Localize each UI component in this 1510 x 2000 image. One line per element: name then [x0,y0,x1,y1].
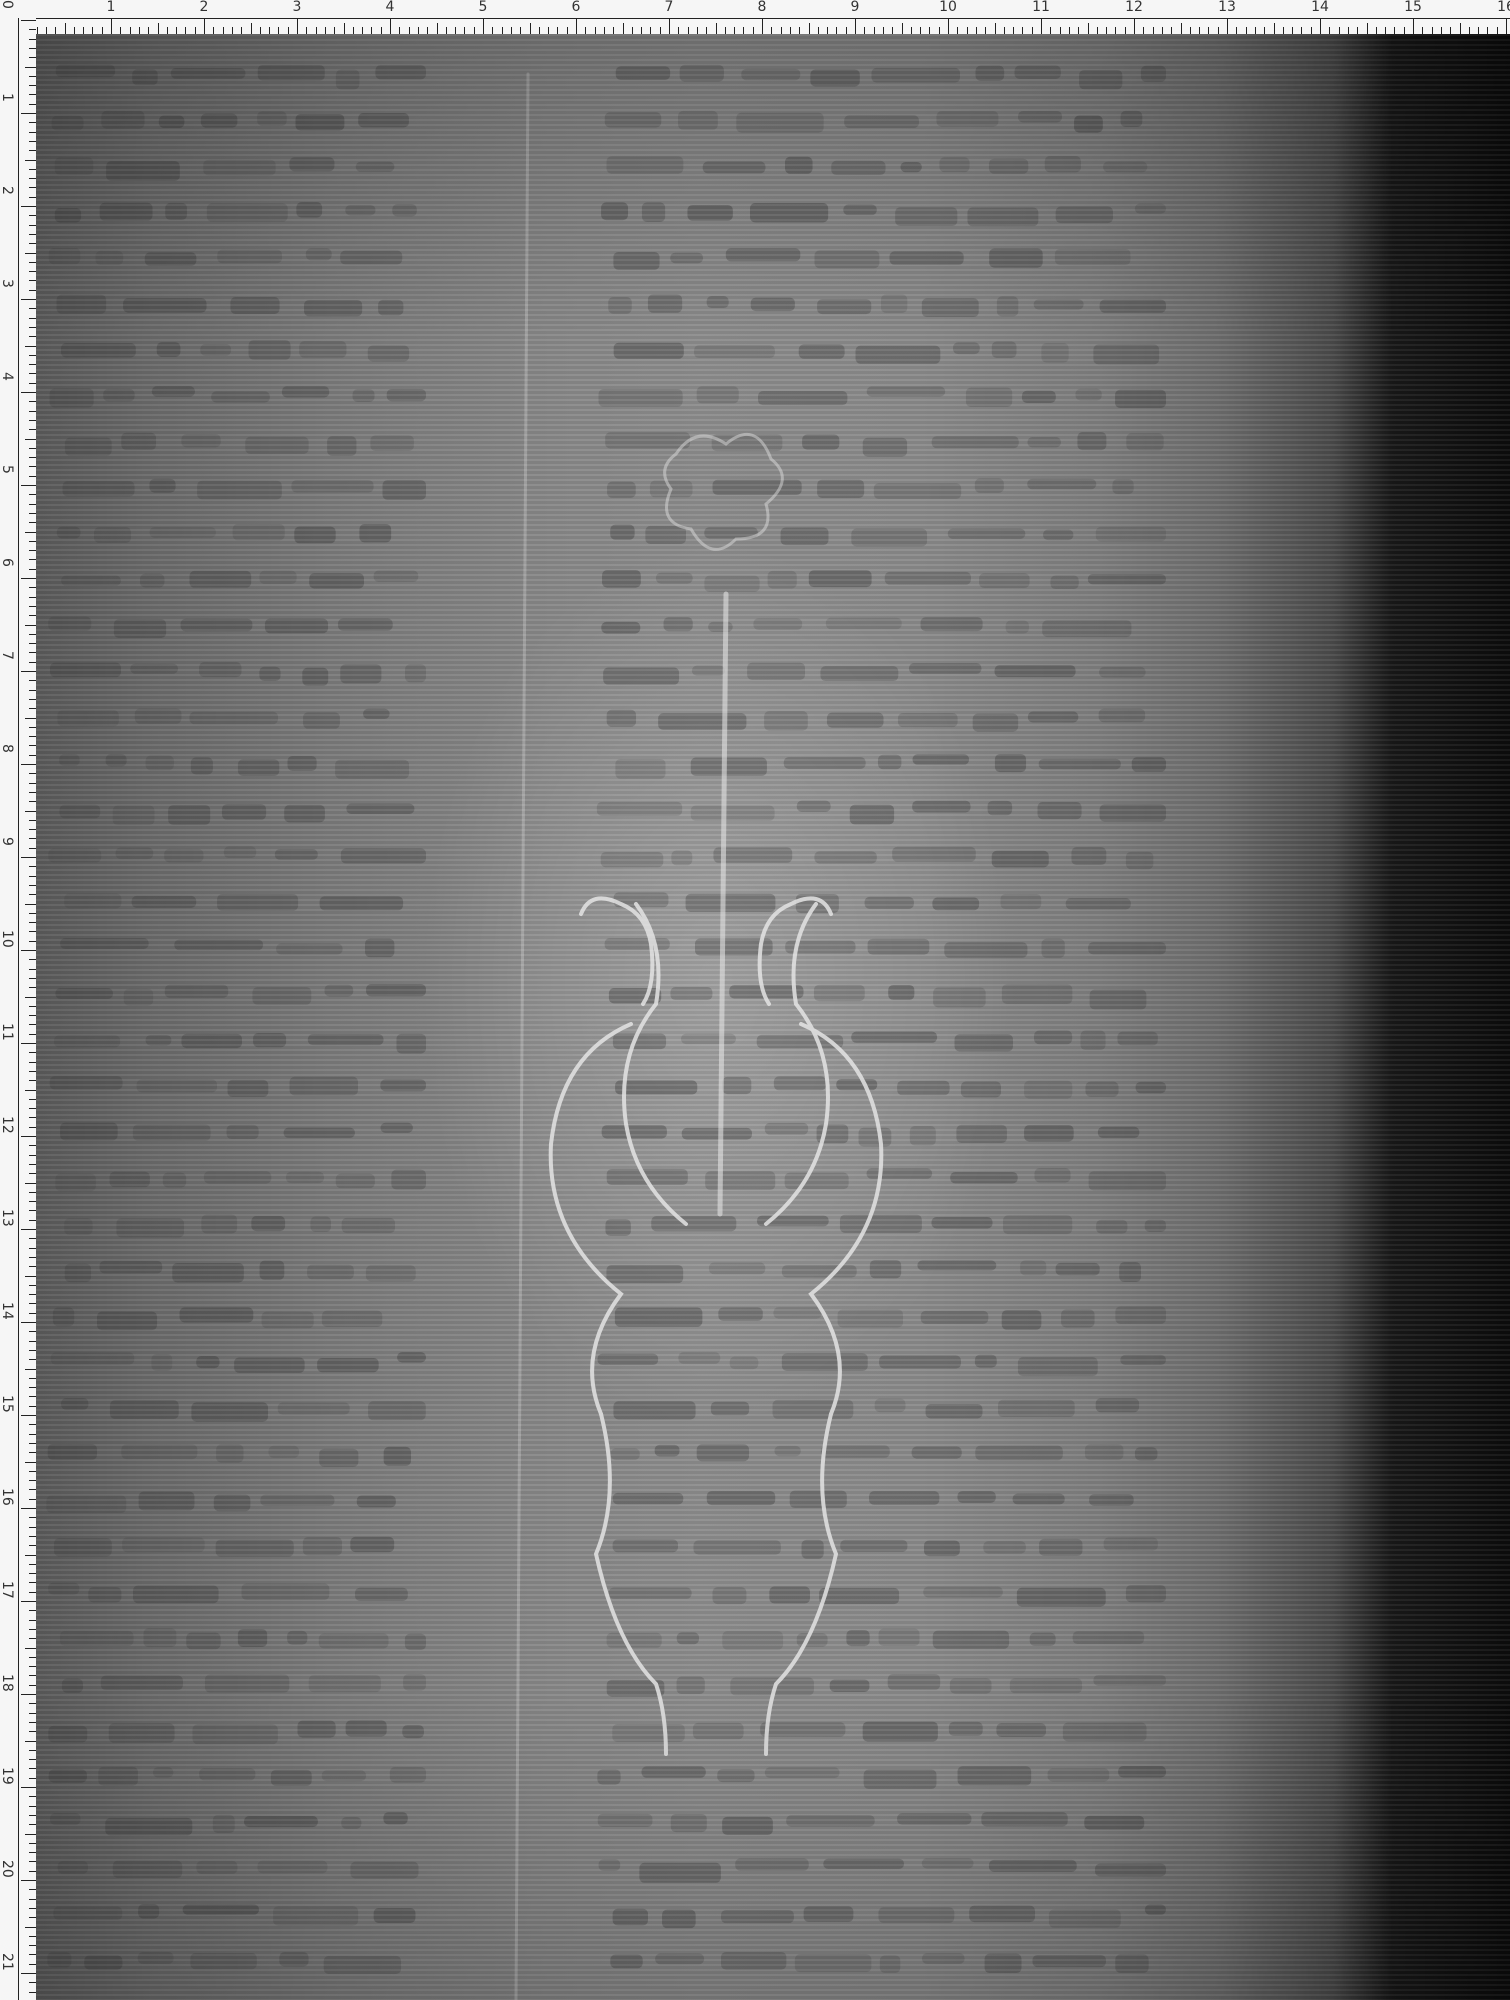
ruler-tick [1348,27,1349,34]
ruler-tick [1050,27,1051,34]
ruler-tick [21,20,36,21]
ruler-tick [29,1731,36,1732]
ruler-top-label: 14 [1311,0,1329,14]
ruler-tick [1060,27,1061,34]
ruler-tick [985,27,986,34]
ruler-tick [21,299,36,300]
ruler-tick [29,327,36,328]
ruler-tick [381,27,382,34]
ruler-tick [29,1285,36,1286]
ruler-tick [1357,27,1358,34]
ruler-tick [706,27,707,34]
ruler-tick [29,1722,36,1723]
ruler-tick [799,27,800,34]
ruler-tick [29,1824,36,1825]
ruler-tick [1162,27,1163,34]
ruler-top-label: 2 [200,0,209,14]
ruler-tick [29,969,36,970]
ruler-tick [1190,27,1191,34]
ruler-tick [1404,27,1405,34]
ruler-tick [29,280,36,281]
ruler-tick [29,262,36,263]
manuscript-scan [36,34,1510,2000]
ruler-tick [753,27,754,34]
ruler-top-edge [18,18,1510,19]
ruler-tick [29,1471,36,1472]
ruler-tick [1041,19,1042,34]
ruler-top-label: 12 [1125,0,1143,14]
ruler-tick [25,904,36,905]
ruler-tick [29,1592,36,1593]
ruler-tick [29,1294,36,1295]
ruler-tick [874,27,875,34]
ruler-tick [29,1396,36,1397]
ruler-tick [678,27,679,34]
ruler-tick [29,643,36,644]
ruler-tick [29,104,36,105]
ruler-tick [29,606,36,607]
ruler-tick [21,392,36,393]
ruler-tick [29,848,36,849]
ruler-tick [29,318,36,319]
ruler-left-label: 8 [0,744,14,753]
ruler-tick [1153,27,1154,34]
ruler-tick [29,122,36,123]
ruler-tick [29,308,36,309]
ruler-tick [29,1434,36,1435]
ruler-tick [29,271,36,272]
ruler-tick [492,27,493,34]
ruler-tick [29,1545,36,1546]
ruler-tick [29,1266,36,1267]
ruler-tick [660,27,661,34]
ruler-tick [29,150,36,151]
ruler-tick [29,1108,36,1109]
ruler-tick [585,27,586,34]
ruler-left-label: 18 [0,1674,14,1692]
ruler-tick [21,1973,36,1974]
ruler-tick [1441,27,1442,34]
ruler-tick [21,1508,36,1509]
ruler-tick [502,27,503,34]
ruler-tick [29,420,36,421]
ruler-tick [809,23,810,34]
ruler-left-label: 20 [0,1860,14,1878]
ruler-tick [29,76,36,77]
ruler-tick [29,85,36,86]
ruler-top-label: 4 [386,0,395,14]
ruler-tick [1125,27,1126,34]
ruler-tick [213,27,214,34]
ruler-tick [25,1090,36,1091]
vignette-top [36,34,1510,334]
ruler-tick [29,364,36,365]
ruler-tick [29,1945,36,1946]
ruler-tick [864,27,865,34]
ruler-tick [29,736,36,737]
ruler-tick [29,1220,36,1221]
ruler-tick [650,27,651,34]
ruler-tick [25,625,36,626]
ruler-top-label: 9 [851,0,860,14]
ruler-top: 012345678910111213141516 [0,0,1510,34]
ruler-tick [46,27,47,34]
ruler-tick [1069,27,1070,34]
ruler-tick [21,1880,36,1881]
ruler-tick [29,1675,36,1676]
ruler-tick [29,1917,36,1918]
ruler-tick [29,401,36,402]
ruler-tick [1255,27,1256,34]
ruler-tick [1181,23,1182,34]
ruler-tick [29,1480,36,1481]
ruler-tick [29,1685,36,1686]
ruler-tick [427,27,428,34]
ruler-tick [29,1127,36,1128]
ruler-tick [1432,27,1433,34]
ruler-left-label: 13 [0,1209,14,1227]
ruler-tick [29,866,36,867]
ruler-tick [929,27,930,34]
ruler-tick [102,27,103,34]
ruler-tick [21,206,36,207]
ruler-tick [29,615,36,616]
ruler-tick [29,931,36,932]
ruler-tick [25,67,36,68]
ruler-left-label: 5 [0,465,14,474]
ruler-tick [595,27,596,34]
ruler-tick [21,1787,36,1788]
ruler-tick [1236,27,1237,34]
ruler-tick [29,838,36,839]
ruler-tick [1097,27,1098,34]
ruler-tick [1422,27,1423,34]
ruler-tick [697,27,698,34]
ruler-top-label: 5 [479,0,488,14]
ruler-tick [353,27,354,34]
ruler-tick [1469,27,1470,34]
ruler-left-label: 12 [0,1116,14,1134]
ruler-tick [623,23,624,34]
ruler-tick [21,485,36,486]
ruler-tick [241,27,242,34]
ruler-tick [29,1657,36,1658]
ruler-tick [855,19,856,34]
ruler-tick [25,1648,36,1649]
ruler-tick [29,1620,36,1621]
ruler-tick [1106,27,1107,34]
ruler-tick [557,27,558,34]
ruler-tick [1413,19,1414,34]
ruler-top-label: 15 [1404,0,1422,14]
ruler-left-label: 7 [0,651,14,660]
ruler-tick [223,27,224,34]
ruler-tick [29,1015,36,1016]
ruler-tick [29,1210,36,1211]
ruler-left-label: 14 [0,1302,14,1320]
ruler-tick [29,178,36,179]
ruler-tick [29,1034,36,1035]
ruler-tick [1022,27,1023,34]
ruler-tick [29,1899,36,1900]
ruler-tick [29,1936,36,1937]
ruler-tick [548,27,549,34]
ruler-tick [781,27,782,34]
ruler-tick [29,820,36,821]
ruler-tick [29,569,36,570]
ruler-tick [29,1703,36,1704]
ruler-tick [511,27,512,34]
ruler-tick [1134,19,1135,34]
ruler-tick [29,792,36,793]
ruler-tick [232,27,233,34]
ruler-tick [29,132,36,133]
ruler-tick [21,764,36,765]
ruler-tick [21,1229,36,1230]
ruler-tick [21,1694,36,1695]
ruler-tick [836,27,837,34]
ruler-left-label: 16 [0,1488,14,1506]
ruler-tick [29,1341,36,1342]
ruler-tick [29,1099,36,1100]
ruler-tick [437,23,438,34]
ruler-tick [74,27,75,34]
ruler-tick [29,680,36,681]
ruler-tick [1227,19,1228,34]
ruler-tick [21,113,36,114]
ruler-tick [25,1927,36,1928]
ruler-tick [29,1582,36,1583]
ruler-tick [25,1741,36,1742]
ruler-tick [29,1843,36,1844]
ruler-tick [29,1378,36,1379]
ruler-tick [604,27,605,34]
ruler-tick [29,550,36,551]
ruler-tick [29,1517,36,1518]
ruler-left-label: 17 [0,1581,14,1599]
ruler-tick [716,23,717,34]
ruler-tick [306,27,307,34]
ruler-top-label: 10 [939,0,957,14]
ruler-tick [158,23,159,34]
ruler-left-label: 19 [0,1767,14,1785]
ruler-left-label: 15 [0,1395,14,1413]
ruler-top-label: 8 [758,0,767,14]
ruler-tick [1450,27,1451,34]
ruler-tick [29,215,36,216]
ruler-tick [29,755,36,756]
ruler-tick [29,1452,36,1453]
ruler-tick [29,1889,36,1890]
ruler-tick [1274,23,1275,34]
ruler-tick [29,1080,36,1081]
ruler-tick [111,19,112,34]
ruler-tick [288,27,289,34]
ruler-tick [29,1573,36,1574]
ruler-tick [1013,27,1014,34]
ruler-tick [576,19,577,34]
ruler-tick [29,1192,36,1193]
ruler-tick [269,27,270,34]
ruler-left-label: 21 [0,1953,14,1971]
ruler-tick [995,23,996,34]
ruler-tick [29,1173,36,1174]
ruler-top-label: 11 [1032,0,1050,14]
ruler-tick [29,476,36,477]
ruler-tick [29,773,36,774]
ruler-tick [29,1908,36,1909]
ruler-tick [92,27,93,34]
ruler-tick [29,1815,36,1816]
ruler-tick [1478,27,1479,34]
ruler-tick [29,225,36,226]
ruler-tick [29,1759,36,1760]
ruler-left-label: 4 [0,372,14,381]
ruler-tick [29,457,36,458]
ruler-tick [29,1155,36,1156]
ruler-tick [29,290,36,291]
ruler-tick [911,27,912,34]
ruler-tick [29,355,36,356]
ruler-tick [65,23,66,34]
ruler-tick [29,1778,36,1779]
ruler-tick [29,429,36,430]
ruler-tick [771,27,772,34]
ruler-tick [790,27,791,34]
ruler-tick [957,27,958,34]
ruler-tick [29,1313,36,1314]
ruler-tick [120,27,121,34]
ruler-tick [25,811,36,812]
ruler-tick [25,1555,36,1556]
ruler-tick [409,27,410,34]
ruler-tick [29,243,36,244]
ruler-tick [1311,27,1312,34]
ruler-tick [29,1024,36,1025]
ruler-tick [1171,27,1172,34]
ruler-tick [29,941,36,942]
ruler-tick [25,1183,36,1184]
ruler-tick [1218,27,1219,34]
vignette-bottom [36,1700,1510,2000]
ruler-tick [1292,27,1293,34]
ruler-tick [1320,19,1321,34]
ruler-tick [21,1601,36,1602]
ruler-tick [399,27,400,34]
ruler-tick [669,19,670,34]
ruler-tick [827,27,828,34]
ruler-tick [1143,27,1144,34]
ruler-top-label: 1 [107,0,116,14]
ruler-tick [130,27,131,34]
ruler-left-label: 6 [0,558,14,567]
ruler-tick [902,23,903,34]
ruler-tick [371,27,372,34]
ruler-tick [474,27,475,34]
ruler-tick [176,27,177,34]
ruler-tick [29,504,36,505]
ruler-tick [1004,27,1005,34]
ruler-tick [29,1489,36,1490]
ruler-tick [455,27,456,34]
ruler-tick [25,997,36,998]
ruler-tick [446,27,447,34]
ruler-tick [483,19,484,34]
ruler-tick [25,346,36,347]
ruler-tick [530,23,531,34]
ruler-left-label: 11 [0,1023,14,1041]
ruler-tick [25,1462,36,1463]
ruler-tick [29,1071,36,1072]
ruler-left-label: 2 [0,186,14,195]
ruler-tick [278,27,279,34]
ruler-tick [688,27,689,34]
ruler-tick [25,1276,36,1277]
ruler-tick [25,532,36,533]
ruler-tick [1339,27,1340,34]
ruler-tick [29,57,36,58]
ruler-tick [29,559,36,560]
ruler-tick [29,1006,36,1007]
ruler-tick [29,1164,36,1165]
ruler-tick [29,94,36,95]
ruler-tick [25,1834,36,1835]
ruler-tick [920,27,921,34]
ruler-tick [29,1359,36,1360]
ruler-tick [29,1331,36,1332]
ruler-tick [29,383,36,384]
ruler-tick [418,27,419,34]
ruler-tick [25,253,36,254]
ruler-tick [29,1527,36,1528]
ruler-tick [83,27,84,34]
ruler-tick [29,634,36,635]
ruler-tick [29,662,36,663]
ruler-tick [21,671,36,672]
ruler-tick [390,19,391,34]
ruler-tick [29,197,36,198]
ruler-tick [29,1062,36,1063]
ruler-tick [29,1638,36,1639]
ruler-left-edge [18,18,19,2000]
ruler-tick [29,522,36,523]
ruler-tick [29,29,36,30]
ruler-left: 0123456789101112131415161718192021 [0,0,36,2000]
ruler-tick [21,857,36,858]
ruler-tick [29,1666,36,1667]
ruler-left-label: 9 [0,837,14,846]
ruler-tick [29,876,36,877]
ruler-tick [29,978,36,979]
ruler-tick [29,699,36,700]
ruler-tick [21,950,36,951]
ruler-tick [1394,27,1395,34]
ruler-tick [29,801,36,802]
ruler-tick [1506,19,1507,34]
ruler-tick [29,1982,36,1983]
ruler-tick [195,27,196,34]
ruler-tick [1329,27,1330,34]
ruler-tick [29,829,36,830]
ruler-tick [21,1136,36,1137]
ruler-tick [1367,23,1368,34]
ruler-tick [725,27,726,34]
ruler-tick [29,1629,36,1630]
ruler-tick [21,1043,36,1044]
ruler-tick [1460,23,1461,34]
ruler-tick [362,27,363,34]
ruler-tick [29,466,36,467]
